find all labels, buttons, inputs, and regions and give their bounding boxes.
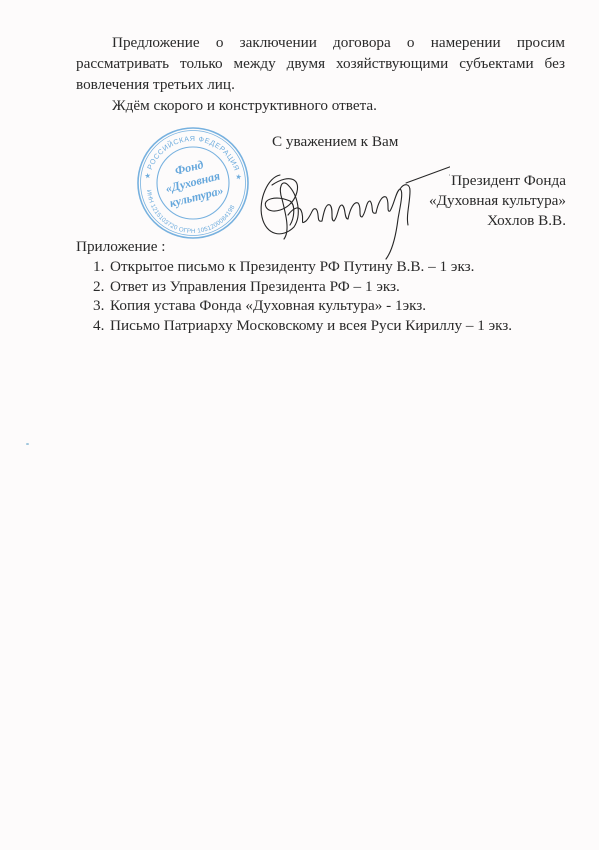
attachment-text: Открытое письмо к Президенту РФ Путину В… (110, 258, 474, 275)
signer-title: Президент Фонда (429, 171, 566, 191)
signer-organization: «Духовная культура» (429, 191, 566, 211)
attachment-number: 1. (93, 257, 110, 277)
scan-speck (26, 443, 29, 445)
paragraph-line-1: Предложение о заключении договора о наме… (76, 32, 565, 53)
attachment-item: 1.Открытое письмо к Президенту РФ Путину… (93, 257, 512, 277)
organization-stamp: ★ РОССИЙСКАЯ ФЕДЕРАЦИЯ ★ ИНН 1215103720 … (135, 125, 250, 240)
attachments-label: Приложение : (76, 238, 166, 256)
handwritten-signature (250, 155, 450, 265)
attachment-text: Копия устава Фонда «Духовная культура» -… (110, 297, 426, 314)
signature-icon (250, 155, 450, 265)
paragraph-line-2: рассматривать только между двумя хозяйст… (76, 53, 565, 74)
paragraph-proposal: Предложение о заключении договора о наме… (76, 32, 565, 95)
attachment-item: 2.Ответ из Управления Президента РФ – 1 … (93, 277, 512, 297)
attachment-item: 4.Письмо Патриарху Московскому и всея Ру… (93, 316, 512, 336)
attachments-list: 1.Открытое письмо к Президенту РФ Путину… (93, 257, 512, 335)
closing-salutation: С уважением к Вам (272, 133, 398, 151)
attachment-number: 4. (93, 316, 110, 336)
paragraph-line-3: вовлечения третьих лиц. (76, 74, 565, 95)
paragraph-awaiting-reply: Ждём скорого и конструктивного ответа. (112, 95, 512, 116)
paragraph-line-1-text: Предложение о заключении договора о наме… (112, 34, 565, 51)
signer-name: Хохлов В.В. (429, 211, 566, 231)
attachment-item: 3.Копия устава Фонда «Духовная культура»… (93, 296, 512, 316)
document-page: Предложение о заключении договора о наме… (0, 0, 599, 850)
signer-block: Президент Фонда «Духовная культура» Хохл… (429, 171, 566, 231)
attachment-number: 2. (93, 277, 110, 297)
attachment-text: Письмо Патриарху Московскому и всея Руси… (110, 317, 512, 334)
attachment-number: 3. (93, 296, 110, 316)
stamp-seal-icon: ★ РОССИЙСКАЯ ФЕДЕРАЦИЯ ★ ИНН 1215103720 … (135, 125, 250, 240)
attachment-text: Ответ из Управления Президента РФ – 1 эк… (110, 278, 400, 295)
